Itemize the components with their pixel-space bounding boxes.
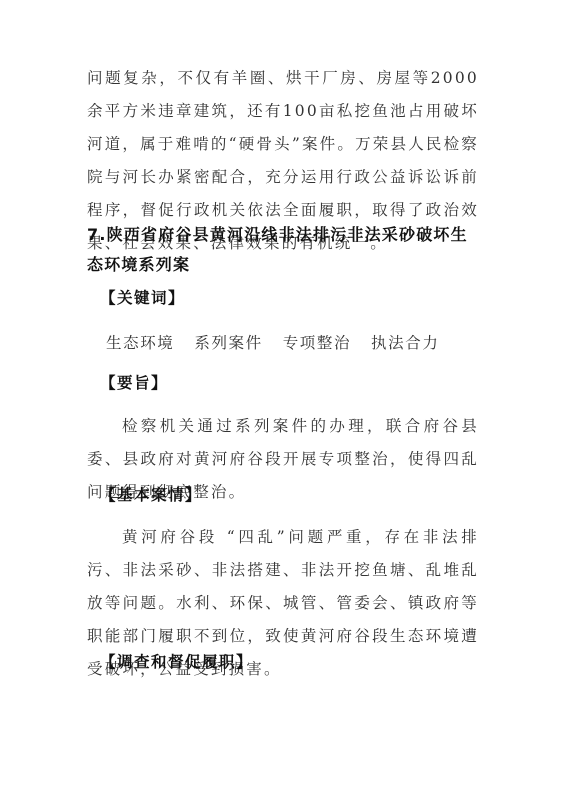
keyword-item: 生态环境 [106,334,174,352]
case-title: 7.陕西省府谷县黄河沿线非法排污非法采砂破坏生态环境系列案 [87,220,479,280]
keywords-list: 生态环境 系列案件 专项整治 执法合力 [87,333,498,353]
document-page: 问题复杂，不仅有羊圈、烘干厂房、房屋等2000余平方米违章建筑，还有100亩私挖… [0,0,565,800]
summary-heading: 【要旨】 [87,373,492,393]
keyword-item: 执法合力 [371,334,439,352]
investigation-heading: 【调查和督促履职】 [87,652,492,672]
keyword-item: 专项整治 [283,334,351,352]
keyword-item: 系列案件 [194,334,262,352]
keywords-heading: 【关键词】 [87,288,492,308]
basic-facts-heading: 【基本案情】 [87,485,492,505]
